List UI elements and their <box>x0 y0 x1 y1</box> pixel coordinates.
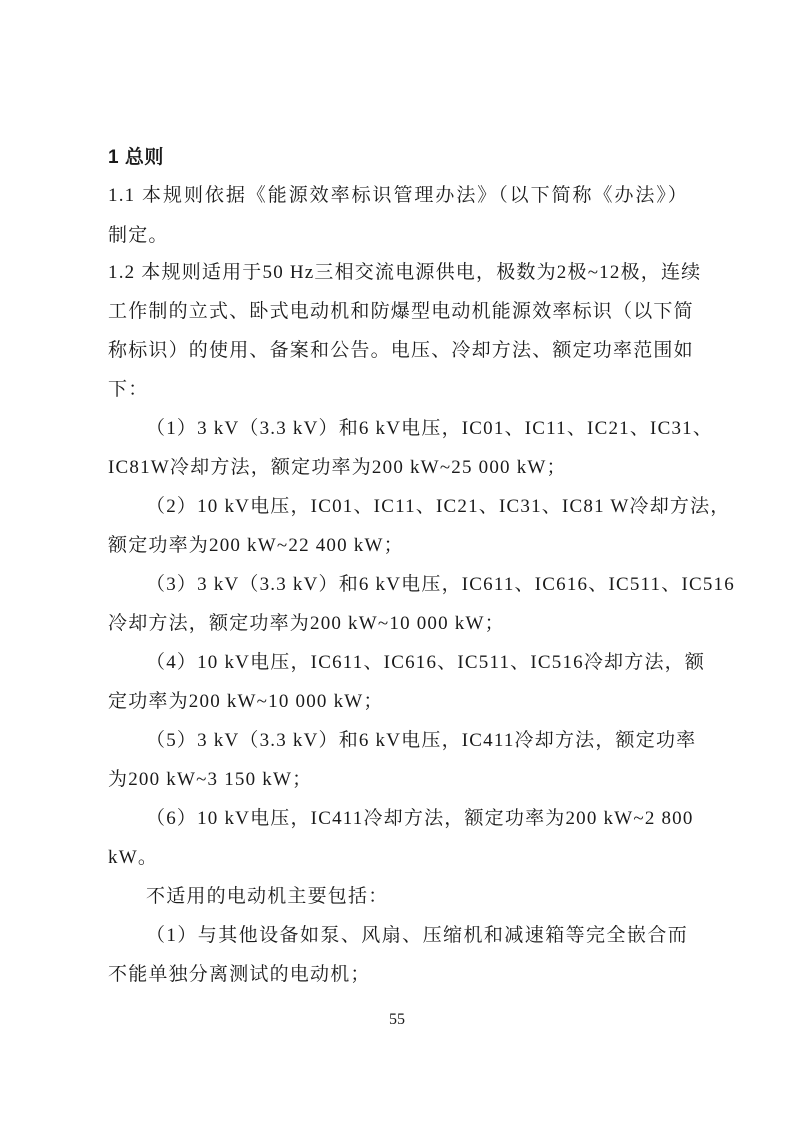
clause-1-2-line-2: 工作制的立式、卧式电动机和防爆型电动机能源效率标识（以下简 <box>108 300 688 324</box>
item-2-line-1: （2）10 kV电压，IC01、IC11、IC21、IC31、IC81 W冷却方… <box>108 495 688 519</box>
item-1-line-1: （1）3 kV（3.3 kV）和6 kV电压，IC01、IC11、IC21、IC… <box>108 417 688 441</box>
clause-1-1-line-2: 制定。 <box>108 224 688 248</box>
page-number: 55 <box>0 1010 794 1030</box>
item-2-line-2: 额定功率为200 kW~22 400 kW； <box>108 534 688 558</box>
clause-1-2-line-3: 称标识）的使用、备案和公告。电压、冷却方法、额定功率范围如 <box>108 339 688 363</box>
exclusion-1-line-1: （1）与其他设备如泵、风扇、压缩机和减速箱等完全嵌合而 <box>108 924 688 948</box>
item-1-line-2: IC81W冷却方法，额定功率为200 kW~25 000 kW； <box>108 456 688 480</box>
item-6-line-1: （6）10 kV电压，IC411冷却方法，额定功率为200 kW~2 800 <box>108 807 688 831</box>
item-6-line-2: kW。 <box>108 846 688 870</box>
clause-1-2-line-4: 下： <box>108 378 688 402</box>
exclusions-intro: 不适用的电动机主要包括： <box>108 885 688 909</box>
exclusion-1-line-2: 不能单独分离测试的电动机； <box>108 963 688 987</box>
clause-1-2-line-1: 1.2 本规则适用于50 Hz三相交流电源供电，极数为2极~12极，连续 <box>108 261 688 285</box>
section-heading: 1 总则 <box>108 146 688 170</box>
item-5-line-2: 为200 kW~3 150 kW； <box>108 768 688 792</box>
item-4-line-1: （4）10 kV电压，IC611、IC616、IC511、IC516冷却方法，额 <box>108 651 688 675</box>
clause-1-1-line-1: 1.1 本规则依据《能源效率标识管理办法》（以下简称《办法》） <box>108 184 688 208</box>
item-5-line-1: （5）3 kV（3.3 kV）和6 kV电压，IC411冷却方法，额定功率 <box>108 729 688 753</box>
item-3-line-2: 冷却方法，额定功率为200 kW~10 000 kW； <box>108 612 688 636</box>
item-4-line-2: 定功率为200 kW~10 000 kW； <box>108 690 688 714</box>
item-3-line-1: （3）3 kV（3.3 kV）和6 kV电压，IC611、IC616、IC511… <box>108 573 688 597</box>
